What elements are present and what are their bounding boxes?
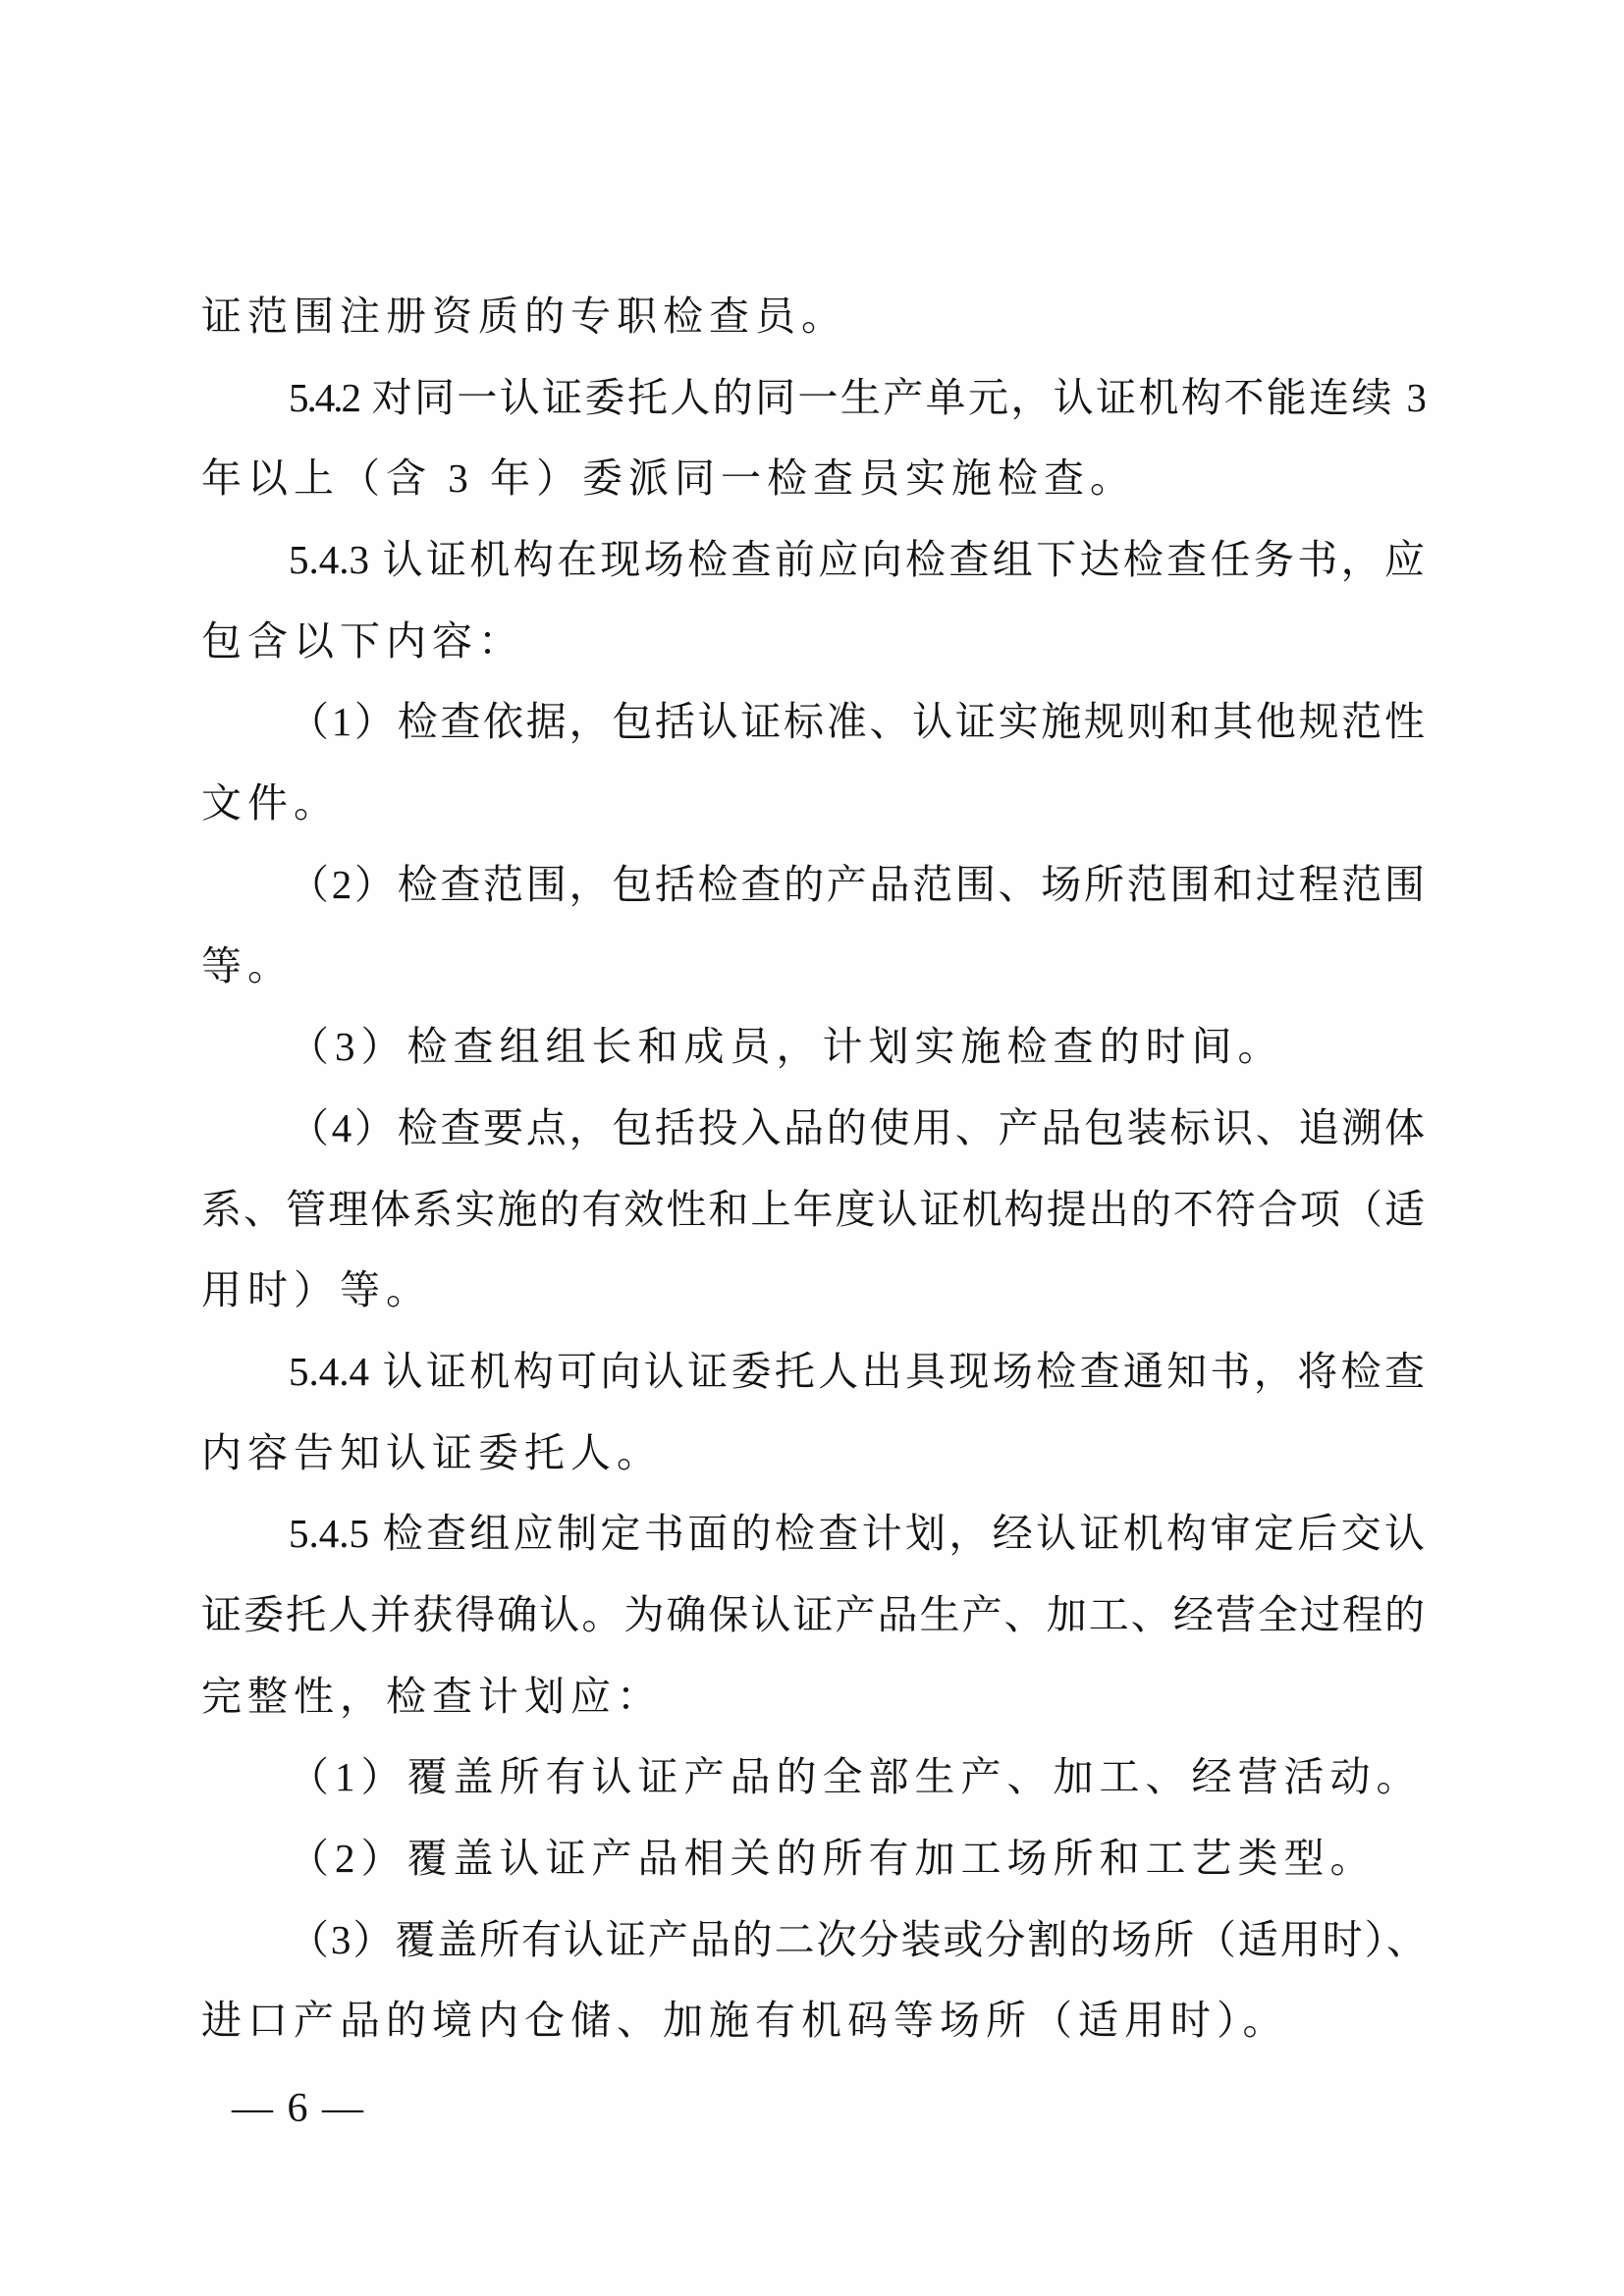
- text-line: 证委托人并获得确认。为确保认证产品生产、加工、经营全过程的: [201, 1575, 1425, 1656]
- text-line: 文件。: [201, 763, 1425, 844]
- text-line: （3）检查组组长和成员，计划实施检查的时间。: [201, 1006, 1425, 1088]
- text-line: 5.4.4 认证机构可向认证委托人出具现场检查通知书，将检查: [201, 1331, 1425, 1413]
- body-text: 证范围注册资质的专职检查员。 5.4.2 对同一认证委托人的同一生产单元，认证机…: [201, 276, 1425, 2061]
- text-line: 内容告知认证委托人。: [201, 1413, 1425, 1494]
- text-line: （1）检查依据，包括认证标准、认证实施规则和其他规范性: [201, 681, 1425, 763]
- text-line: 5.4.2 对同一认证委托人的同一生产单元，认证机构不能连续 3: [201, 357, 1425, 439]
- text-line: 包含以下内容：: [201, 601, 1425, 682]
- text-line: 进口产品的境内仓储、加施有机码等场所（适用时）。: [201, 1980, 1425, 2061]
- text-line: （2）检查范围，包括检查的产品范围、场所范围和过程范围: [201, 844, 1425, 926]
- text-line: 证范围注册资质的专职检查员。: [201, 276, 1425, 357]
- text-line: 年以上（含 3 年）委派同一检查员实施检查。: [201, 438, 1425, 519]
- text-line: （4）检查要点，包括投入品的使用、产品包装标识、追溯体: [201, 1088, 1425, 1169]
- text-line: （3）覆盖所有认证产品的二次分装或分割的场所（适用时）、: [201, 1899, 1425, 1981]
- text-line: （2）覆盖认证产品相关的所有加工场所和工艺类型。: [201, 1818, 1425, 1899]
- text-line: 5.4.5 检查组应制定书面的检查计划，经认证机构审定后交认: [201, 1493, 1425, 1575]
- text-line: 5.4.3 认证机构在现场检查前应向检查组下达检查任务书，应: [201, 519, 1425, 601]
- page-number: — 6 —: [232, 2085, 365, 2132]
- text-line: 等。: [201, 926, 1425, 1007]
- text-line: （1）覆盖所有认证产品的全部生产、加工、经营活动。: [201, 1736, 1425, 1818]
- text-line: 系、管理体系实施的有效性和上年度认证机构提出的不符合项（适: [201, 1169, 1425, 1251]
- document-page: 证范围注册资质的专职检查员。 5.4.2 对同一认证委托人的同一生产单元，认证机…: [0, 0, 1624, 2296]
- text-line: 用时）等。: [201, 1250, 1425, 1331]
- text-line: 完整性，检查计划应：: [201, 1656, 1425, 1737]
